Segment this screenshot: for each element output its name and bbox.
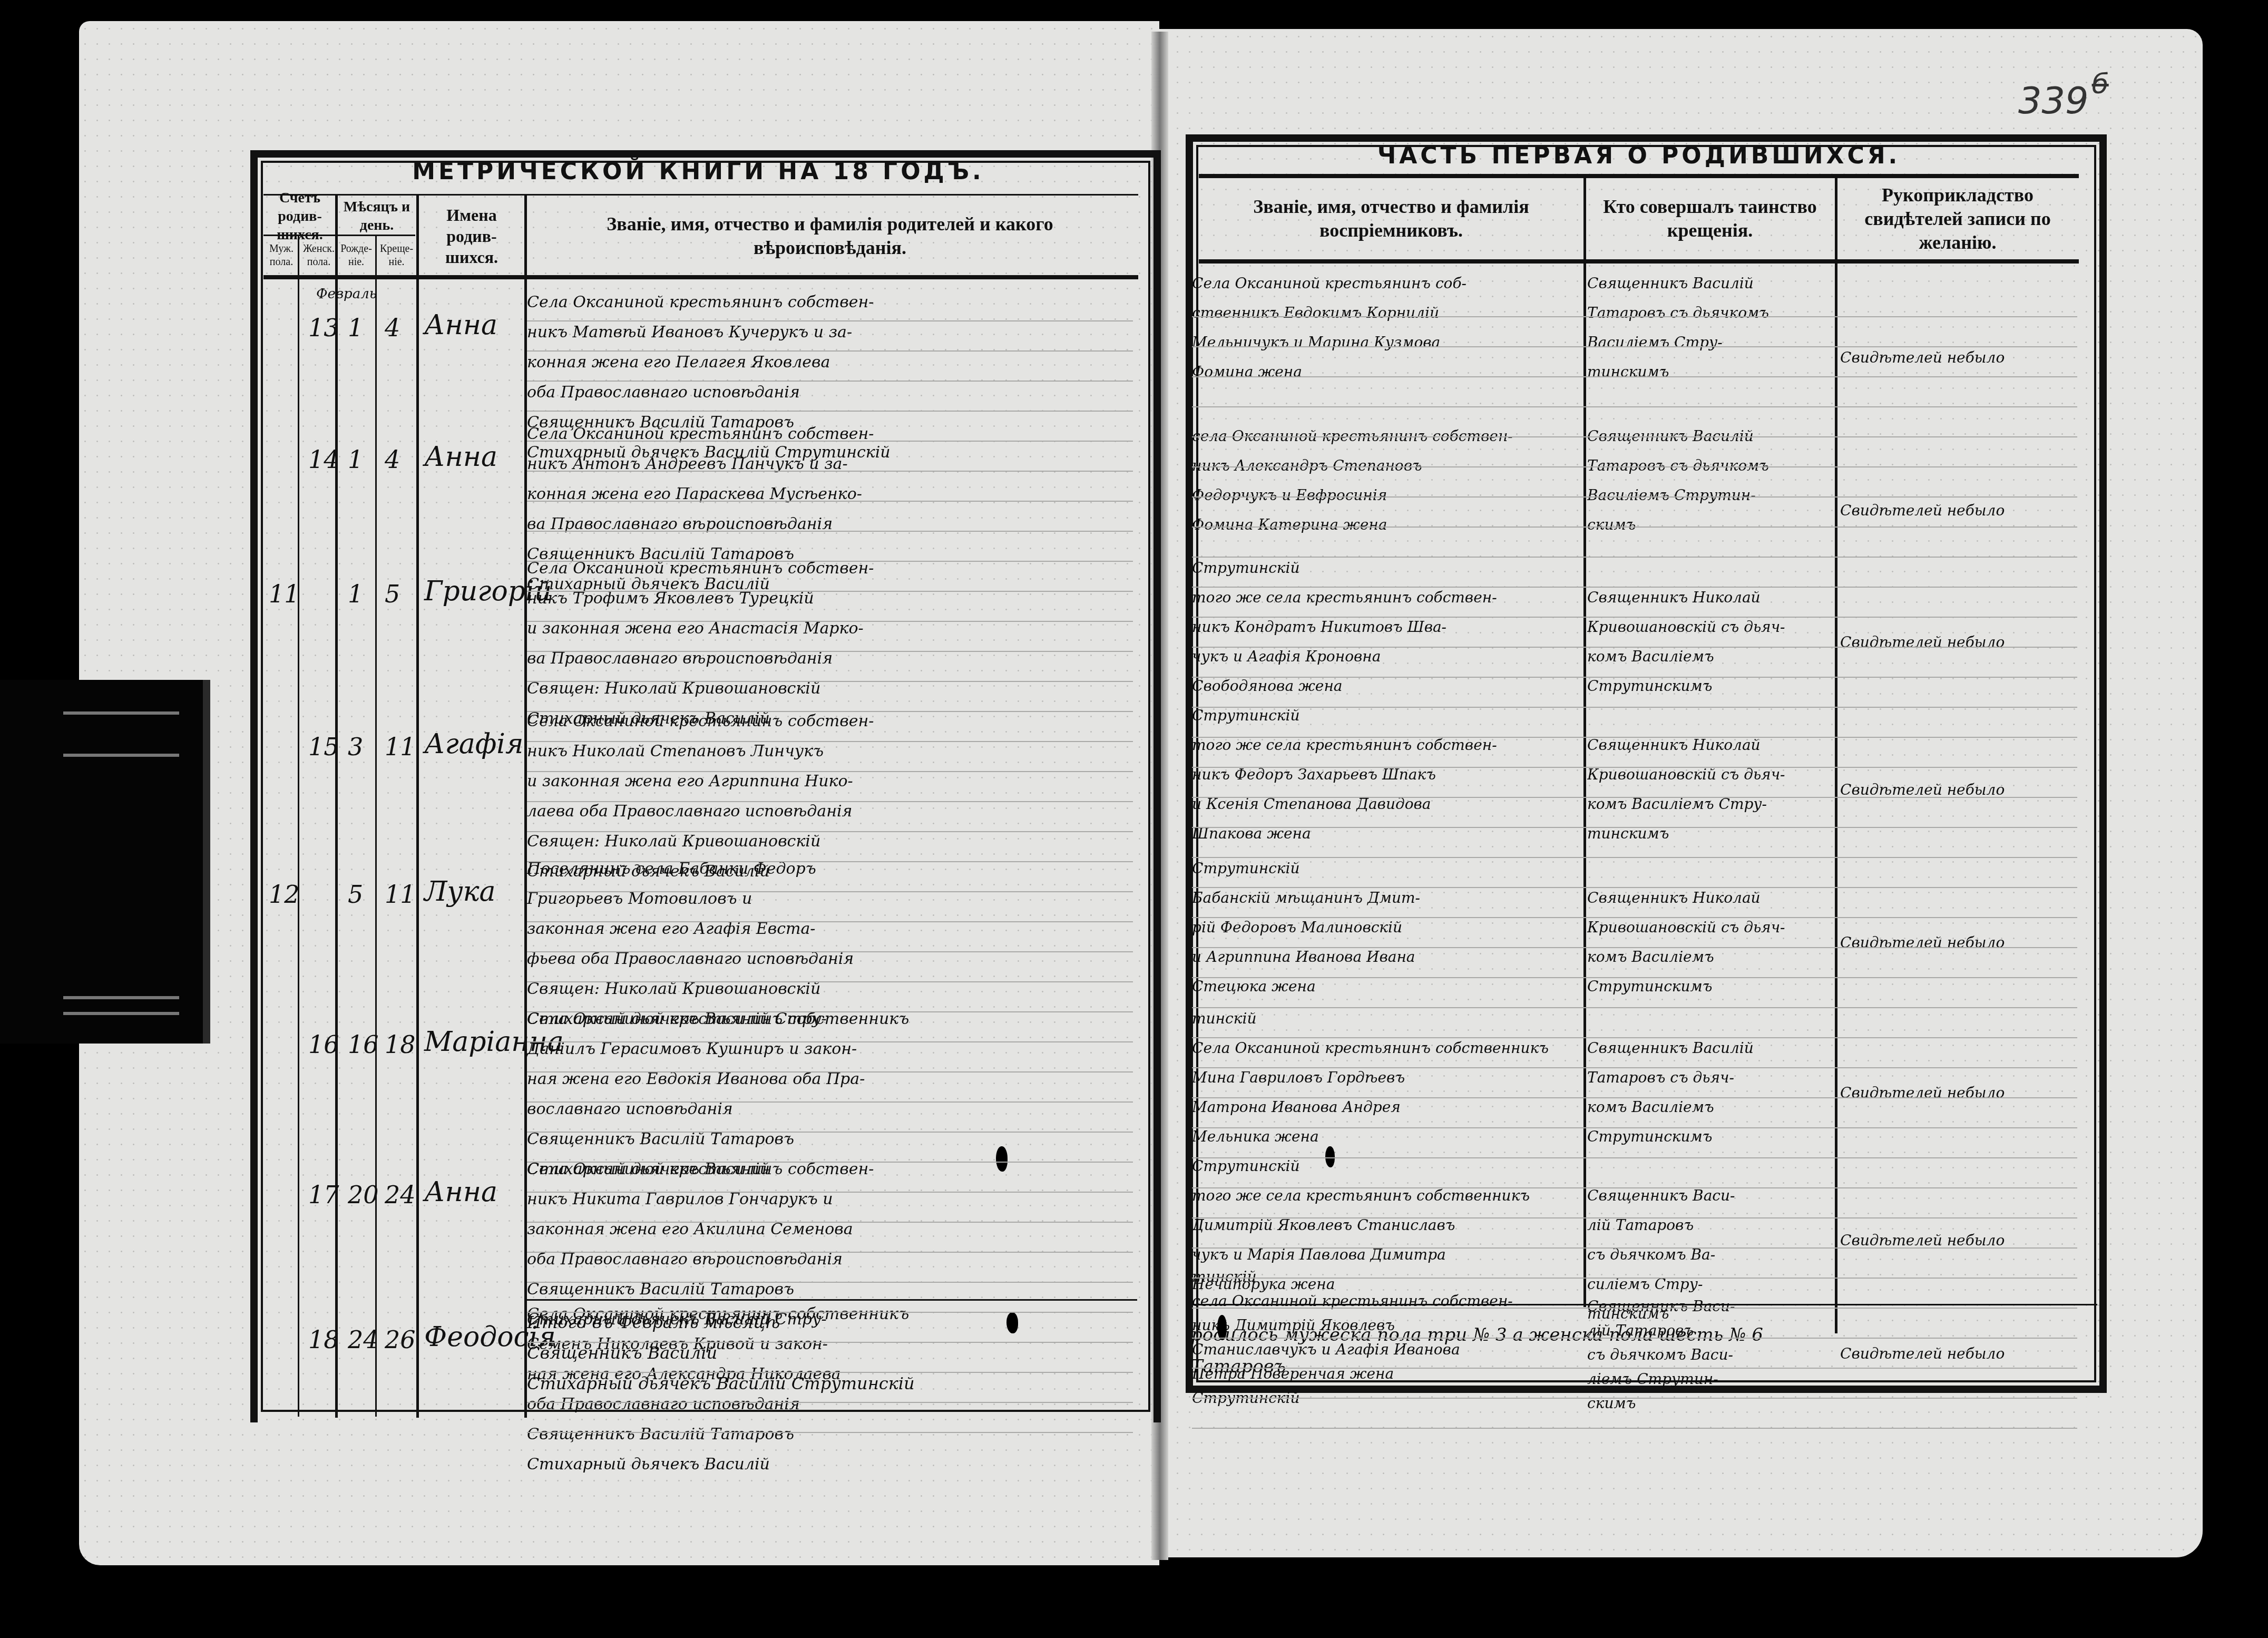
entry-line: Священникъ Василій Татаровъ <box>527 1124 1136 1154</box>
entry-line: Струтинскій <box>1192 553 1582 583</box>
ruled-line <box>1192 617 2077 618</box>
month-label: Февраль <box>316 279 377 309</box>
ruled-line <box>1192 1157 2077 1158</box>
entry-line: Федорчукъ и Евфросинія <box>1192 481 1582 510</box>
ruled-line <box>1192 1067 2077 1068</box>
header-divider <box>263 275 1138 279</box>
ink-blot <box>1006 1312 1018 1333</box>
count-male: 12 <box>269 880 300 909</box>
ruled-line <box>527 531 1133 532</box>
ruled-line <box>1192 917 2077 918</box>
ruled-line <box>527 501 1133 502</box>
ruled-line <box>1192 1247 2077 1249</box>
baptism-day: 5 <box>385 580 400 608</box>
ruled-line <box>527 741 1133 742</box>
ruled-line <box>1192 1338 2077 1339</box>
entry-line: того же села крестьянинъ собствен- <box>1192 730 1582 760</box>
ruled-line <box>1192 587 2077 588</box>
baptism-day: 11 <box>385 880 416 909</box>
entry-line: Струтинскій <box>1192 854 1582 883</box>
witness-signature: Свидѣтелей небыло <box>1840 495 2077 525</box>
entry-line: никъ Антонъ Андреевъ Панчукъ и за- <box>527 449 1136 479</box>
ruled-line <box>527 771 1133 772</box>
godparents-entry: Струтинскійтого же села крестьянинъ собс… <box>1192 553 1582 701</box>
header-names: Имена родив-шихся. <box>419 198 524 274</box>
ruled-line <box>1192 1398 2077 1399</box>
witness-signature: Свидѣтелей небыло <box>1840 775 2077 805</box>
entry-line: вославнаго исповѣданія <box>527 1094 1136 1124</box>
entry-line: Василіемъ Стру- <box>1587 328 1832 357</box>
count-female: 17 <box>308 1181 339 1209</box>
baptism-day: 26 <box>385 1325 416 1354</box>
ruled-line <box>1192 797 2077 798</box>
child-name: Анна <box>424 441 497 473</box>
performed-by-entry: Священникъ ВасилійТатаровъ съ дьячкомъВа… <box>1587 269 1832 387</box>
entry-line: законная жена его Акилина Семенова <box>527 1214 1136 1244</box>
entry-line: и законная жена его Анастасія Марко- <box>527 613 1136 643</box>
birth-day: 20 <box>348 1181 379 1209</box>
entry-line: никъ Матвѣй Ивановъ Кучерукъ и за- <box>527 317 1136 347</box>
entry-line: Села Оксаниной крестьянинъ собствен- <box>527 287 1136 317</box>
ruled-line <box>527 891 1133 892</box>
ruled-line <box>527 1252 1133 1253</box>
entry-line: комъ Василіемъ Стру- <box>1587 789 1832 819</box>
ruled-line <box>527 1132 1133 1133</box>
ink-blot <box>1217 1315 1227 1340</box>
divider <box>263 194 1138 196</box>
entry-line: фьева оба Православнаго исповѣданія <box>527 944 1136 974</box>
birth-day: 1 <box>348 445 363 474</box>
performed-by-entry: Священникъ НиколайКривошановскій съ дьяч… <box>1587 583 1832 701</box>
child-name: Анна <box>424 1176 497 1208</box>
header-divider <box>1199 259 2079 264</box>
witness-signature: Свидѣтелей небыло <box>1840 1078 2077 1108</box>
entry-line: Священникъ Васи- <box>1587 1294 1832 1319</box>
header-count-female: Женск. пола. <box>300 237 337 274</box>
entry-line: тинскимъ <box>1587 819 1832 849</box>
entry-line: Священ: Николай Кривошановскій <box>527 674 1136 704</box>
col-divider <box>375 236 377 1417</box>
col-divider <box>416 195 419 1418</box>
entry-line: тинскій <box>1192 1004 1582 1033</box>
ruled-line <box>527 1372 1133 1373</box>
page-number: 339б <box>2018 79 2109 122</box>
birth-day: 3 <box>348 733 363 761</box>
ruled-line <box>1192 406 2077 407</box>
ruled-line <box>527 381 1133 382</box>
ruled-line <box>527 951 1133 952</box>
entry-line: Священникъ Василій <box>1587 269 1832 298</box>
witness-signature: Свидѣтелей небыло <box>1840 928 2077 958</box>
binding-clip <box>0 680 210 1044</box>
ruled-line <box>1192 707 2077 708</box>
ruled-line <box>1192 1097 2077 1098</box>
entry-line: Татаровъ съ дьячкомъ <box>1587 451 1832 481</box>
entry-line: Поселянинъ села Бабанки Федоръ <box>527 854 1136 884</box>
entry-line: Священникъ Николай <box>1587 730 1832 760</box>
ruled-line <box>527 1071 1133 1072</box>
entry-line: никъ Трофимъ Яковлевъ Турецкій <box>527 583 1136 613</box>
entry-line: Струтинскій <box>1192 701 1582 730</box>
ruled-line <box>527 711 1133 712</box>
birth-day: 1 <box>348 580 363 608</box>
ruled-line <box>527 1011 1133 1012</box>
ruled-line <box>527 831 1133 832</box>
left-page-title: МЕТРИЧЕСКОЙ КНИГИ НА 18 ГОДЪ. <box>263 158 1133 185</box>
entry-line: Струтинскимъ <box>1587 1122 1832 1152</box>
entry-line: Села Оксаниной крестьянинъ соб- <box>1192 269 1582 298</box>
ruled-line <box>1192 346 2077 347</box>
ruled-line <box>527 681 1133 682</box>
ruled-line <box>527 1402 1133 1403</box>
count-female: 18 <box>308 1325 339 1354</box>
ruled-line <box>527 981 1133 982</box>
ruled-line <box>1192 526 2077 528</box>
entry-line: Димитрій Яковлевъ Станиславъ <box>1192 1211 1582 1240</box>
ruled-line <box>527 921 1133 922</box>
ink-blot <box>1325 1146 1335 1167</box>
godparents-entry: СтрутинскійБабанскій мѣщанинъ Дмит-рій Ф… <box>1192 854 1582 1001</box>
godparents-entry: села Оксаниной крестьянинъ собствен-никъ… <box>1192 422 1582 540</box>
entry-line: села Оксаниной крестьянинъ собствен- <box>1192 1289 1582 1313</box>
entry-line: Села Оксаниной крестьянинъ собственникъ <box>527 1004 1136 1034</box>
ruled-line <box>1192 316 2077 317</box>
entry-line: никъ Федоръ Захарьевъ Шпакъ <box>1192 760 1582 789</box>
ruled-line <box>527 861 1133 862</box>
performed-by-entry: Священникъ ВасилійТатаровъ съ дьяч-комъ … <box>1587 1033 1832 1152</box>
entry-line: оба Православнаго исповѣданія <box>527 377 1136 407</box>
entry-line: Шпакова жена <box>1192 819 1582 849</box>
entry-line: тинскимъ <box>1587 357 1832 387</box>
entry-line: Священ: Николай Кривошановскій <box>527 974 1136 1004</box>
birth-day: 1 <box>348 314 363 342</box>
birth-day: 16 <box>348 1030 379 1059</box>
baptism-day: 11 <box>385 733 416 761</box>
count-female: 15 <box>308 733 339 761</box>
count-male: 11 <box>269 580 300 608</box>
ruled-line <box>1192 737 2077 738</box>
entry-line: Села Оксаниной крестьянинъ собствен- <box>527 419 1136 449</box>
ruled-line <box>1192 466 2077 467</box>
entry-line: законная жена его Агафія Евста- <box>527 914 1136 944</box>
header-date-group: Мѣсяцъ и день. <box>337 198 416 235</box>
ruled-line <box>1192 647 2077 648</box>
entry-line: скимъ <box>1587 1391 1832 1416</box>
entry-line: Даніилъ Герасимовъ Кушниръ и закон- <box>527 1034 1136 1064</box>
entry-line: Села Оксаниной крестьянинъ собствен- <box>527 553 1136 583</box>
entry-line: Фомина жена <box>1192 357 1582 387</box>
ruled-line <box>1192 827 2077 828</box>
ruled-line <box>527 651 1133 652</box>
header-count-group: Счетъ родив-шихся. <box>263 198 336 235</box>
entry-line: ная жена его Евдокія Иванова оба Пра- <box>527 1064 1136 1094</box>
ruled-line <box>1192 557 2077 558</box>
entry-line: Григорьевъ Мотовиловъ и <box>527 884 1136 914</box>
entry-line: Татаровъ съ дьячкомъ <box>1587 298 1832 328</box>
entry-line: ліемъ Струтин- <box>1587 1367 1832 1391</box>
entry-line: конная жена его Параскева Мусѣенко- <box>527 479 1136 509</box>
godparents-entry: Села Оксаниной крестьянинъ соб-ственникъ… <box>1192 269 1582 387</box>
entry-line: никъ Александръ Степановъ <box>1192 451 1582 481</box>
ruled-line <box>1192 1007 2077 1008</box>
ruled-line <box>527 1101 1133 1103</box>
ruled-line <box>527 1222 1133 1223</box>
baptism-day: 4 <box>385 314 400 342</box>
ruled-line <box>527 621 1133 622</box>
ruled-line <box>1192 857 2077 858</box>
count-female: 16 <box>308 1030 339 1059</box>
ruled-line <box>1192 1278 2077 1279</box>
birth-day: 5 <box>348 880 363 909</box>
ruled-line <box>527 1192 1133 1193</box>
entry-line: никъ Никита Гаврилов Гончарукъ и <box>527 1184 1136 1214</box>
entry-line: ва Православнаго вѣроисповѣданія <box>527 643 1136 674</box>
ink-blot <box>996 1146 1008 1172</box>
entry-line: съ дьячкомъ Ва- <box>1587 1240 1832 1270</box>
count-female: 14 <box>308 445 339 474</box>
entry-line: Фомина Катерина жена <box>1192 510 1582 540</box>
godparents-entry: Струтинскійтого же села крестьянинъ собс… <box>1192 701 1582 849</box>
col-divider <box>298 236 299 1417</box>
ruled-line <box>527 1162 1133 1163</box>
entry-line: скимъ <box>1587 510 1832 540</box>
entry-line: ва Православнаго вѣроисповѣданія <box>527 509 1136 539</box>
col-divider <box>1835 174 1837 1333</box>
header-date-birth: Рожде-ніе. <box>337 237 375 274</box>
ruled-line <box>1192 677 2077 678</box>
divider <box>1199 174 2079 178</box>
right-page-title: ЧАСТЬ ПЕРВАЯ О РОДИВШИХСЯ. <box>1201 142 2076 169</box>
ruled-line <box>1192 1127 2077 1128</box>
ruled-line <box>527 1432 1133 1433</box>
ruled-line <box>1192 1037 2077 1038</box>
entry-line: Струтинскій <box>1192 1152 1582 1181</box>
header-count-male: Муж. пола. <box>263 237 299 274</box>
header-godparents: Званіе, имя, отчество и фамилія воспріем… <box>1199 179 1583 258</box>
ruled-line <box>1192 1308 2077 1309</box>
right-summary: родилось мужеска пола три № 3 а женска п… <box>1191 1320 2087 1350</box>
ruled-line <box>527 441 1133 442</box>
ruled-line <box>1192 376 2077 377</box>
performed-by-entry: Священникъ ВасилійТатаровъ съ дьячкомъВа… <box>1587 422 1832 540</box>
ruled-line <box>527 320 1133 321</box>
entry-line: оба Православнаго вѣроисповѣданія <box>527 1244 1136 1274</box>
entry-line: конная жена его Пелагея Яковлева <box>527 347 1136 377</box>
header-performed-by: Кто совершалъ таинство крещенія. <box>1586 179 1834 258</box>
entry-line: Мельничукъ и Марина Кузмова <box>1192 328 1582 357</box>
ruled-line <box>527 561 1133 562</box>
ruled-line <box>527 1282 1133 1283</box>
ruled-line <box>1192 947 2077 948</box>
count-female: 13 <box>308 314 339 342</box>
baptism-day: 24 <box>385 1181 416 1209</box>
performed-by-entry: Священникъ НиколайКривошановскій съ дьяч… <box>1587 730 1832 849</box>
performed-by-entry: Священникъ НиколайКривошановскій съ дьяч… <box>1587 883 1832 1001</box>
ruled-line <box>527 471 1133 472</box>
entry-line: Стихарный дьячекъ Василій <box>527 1449 1136 1479</box>
child-name: Агафія <box>424 728 523 760</box>
birth-day: 24 <box>348 1325 379 1354</box>
header-date-baptism: Креще-ніе. <box>377 237 416 274</box>
ruled-line <box>527 801 1133 802</box>
godparents-entry: тинскійСела Оксаниной крестьянинъ собств… <box>1192 1004 1582 1152</box>
baptism-day: 4 <box>385 445 400 474</box>
ruled-line <box>1192 496 2077 498</box>
divider <box>263 235 415 236</box>
ruled-line <box>1192 1187 2077 1188</box>
child-name: Анна <box>424 309 497 341</box>
ruled-line <box>1192 436 2077 437</box>
entry-line: того же села крестьянинъ собственникъ <box>1192 1181 1582 1211</box>
ruled-line <box>1192 887 2077 888</box>
ruled-line <box>1192 767 2077 768</box>
left-summary: Итого въ Февралѣ мѣсяцѣ Священникъ Васил… <box>527 1307 1133 1399</box>
entry-line: Села Оксаниной крестьянинъ собствен- <box>527 1154 1136 1184</box>
ruled-line <box>1192 1368 2077 1369</box>
col-divider <box>1583 174 1586 1307</box>
ruled-line <box>1192 1217 2077 1218</box>
child-name: Лука <box>424 876 496 908</box>
entry-line: Священникъ Василій Татаровъ <box>527 1419 1136 1449</box>
witness-signature: Свидѣтелей небыло <box>1840 1225 2077 1255</box>
ruled-line <box>527 350 1133 352</box>
header-signatures: Рукоприкладство свидѣтелей записи по жел… <box>1836 179 2079 258</box>
entry-line: Свободянова жена <box>1192 671 1582 701</box>
witness-signature: Свидѣтелей небыло <box>1840 627 2077 657</box>
entry-line: Кривошановскій съ дьяч- <box>1587 760 1832 789</box>
header-parents: Званіе, имя, отчество и фамилія родителе… <box>527 198 1133 274</box>
ruled-line <box>527 591 1133 592</box>
entry-line: и Ксенія Степанова Давидова <box>1192 789 1582 819</box>
ruled-line <box>527 1041 1133 1042</box>
entry-line: Струтинскимъ <box>1587 972 1832 1001</box>
entry-line: Мельника жена <box>1192 1122 1582 1152</box>
right-summary-tail: Татаровъ <box>1191 1352 1286 1382</box>
ruled-line <box>1192 1428 2077 1429</box>
entry-line: тинскій <box>1192 1265 1582 1289</box>
entry-line: Стецюка жена <box>1192 972 1582 1001</box>
col-divider <box>335 195 338 1418</box>
entry-line: Священникъ Васи- <box>1587 1181 1832 1211</box>
entry-line: ственникъ Евдокимъ Корнилій <box>1192 298 1582 328</box>
baptism-day: 18 <box>385 1030 416 1059</box>
ruled-line <box>527 1312 1133 1313</box>
ruled-line <box>1192 977 2077 978</box>
entry-line: лій Татаровъ <box>1587 1211 1832 1240</box>
ruled-line <box>527 411 1133 412</box>
entry-line: Василіемъ Струтин- <box>1587 481 1832 510</box>
entry-line: Струтинскимъ <box>1587 671 1832 701</box>
ruled-line <box>527 1342 1133 1343</box>
